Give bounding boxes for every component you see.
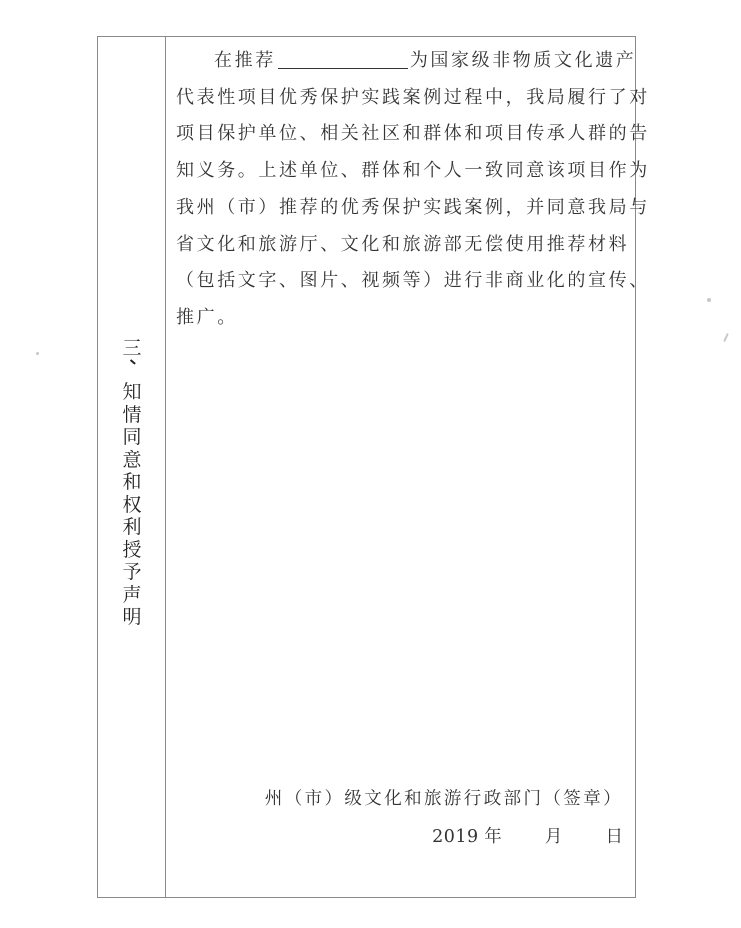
date-line: 2019 年 月 日 xyxy=(432,823,623,848)
section-title-char: 予 xyxy=(122,561,141,584)
consent-statement-paragraph: 在推荐为国家级非物质文化遗产 代表性项目优秀保护实践案例过程中，我局履行了对 项… xyxy=(176,43,636,337)
date-day-unit: 日 xyxy=(606,827,624,847)
section-title-char: 知 xyxy=(122,381,141,404)
section-title-char: 和 xyxy=(122,471,141,494)
scan-speck xyxy=(707,298,711,302)
statement-line-2: 代表性项目优秀保护实践案例过程中，我局履行了对 xyxy=(176,80,636,117)
section-separator xyxy=(121,359,143,381)
consent-declaration-table: 三 知 情 同 意 和 权 利 授 予 声 明 在推荐为国家级非物质文化遗产 代… xyxy=(97,36,636,898)
statement-line-5: 我州（市）推荐的优秀保护实践案例，并同意我局与 xyxy=(176,190,636,227)
date-month-unit: 月 xyxy=(545,827,563,847)
statement-line-8: 推广。 xyxy=(176,300,636,337)
statement-line-7: （包括文字、图片、视频等）进行非商业化的宣传、 xyxy=(176,263,636,300)
statement-content-cell: 在推荐为国家级非物质文化遗产 代表性项目优秀保护实践案例过程中，我局履行了对 项… xyxy=(166,37,635,897)
section-title-char: 意 xyxy=(122,449,141,472)
scan-speck xyxy=(36,352,39,355)
section-title-char: 情 xyxy=(122,404,141,427)
project-name-blank-field[interactable] xyxy=(278,50,408,69)
statement-line-3: 项目保护单位、相关社区和群体和项目传承人群的告 xyxy=(176,116,636,153)
date-year: 2019 xyxy=(432,827,479,847)
signature-line: 州（市）级文化和旅游行政部门（签章） xyxy=(265,785,623,810)
statement-line-4: 知义务。上述单位、群体和个人一致同意该项目作为 xyxy=(176,153,636,190)
section-title-char: 授 xyxy=(122,539,141,562)
statement-line-6: 省文化和旅游厅、文化和旅游部无偿使用推荐材料 xyxy=(176,227,636,264)
section-title-vertical: 三 知 情 同 意 和 权 利 授 予 声 明 xyxy=(117,337,147,629)
scan-speck xyxy=(723,333,729,342)
section-title-char: 利 xyxy=(122,516,141,539)
section-title-char: 权 xyxy=(122,494,141,517)
section-number: 三 xyxy=(122,337,141,359)
statement-suffix: 为国家级非物质文化遗产 xyxy=(410,50,637,71)
statement-line-1: 在推荐为国家级非物质文化遗产 xyxy=(176,43,636,80)
statement-prefix: 在推荐 xyxy=(214,50,276,71)
section-label-cell: 三 知 情 同 意 和 权 利 授 予 声 明 xyxy=(98,37,166,897)
section-title-char: 声 xyxy=(122,584,141,607)
date-year-unit: 年 xyxy=(484,827,502,847)
section-title-char: 同 xyxy=(122,426,141,449)
section-title-char: 明 xyxy=(122,606,141,629)
